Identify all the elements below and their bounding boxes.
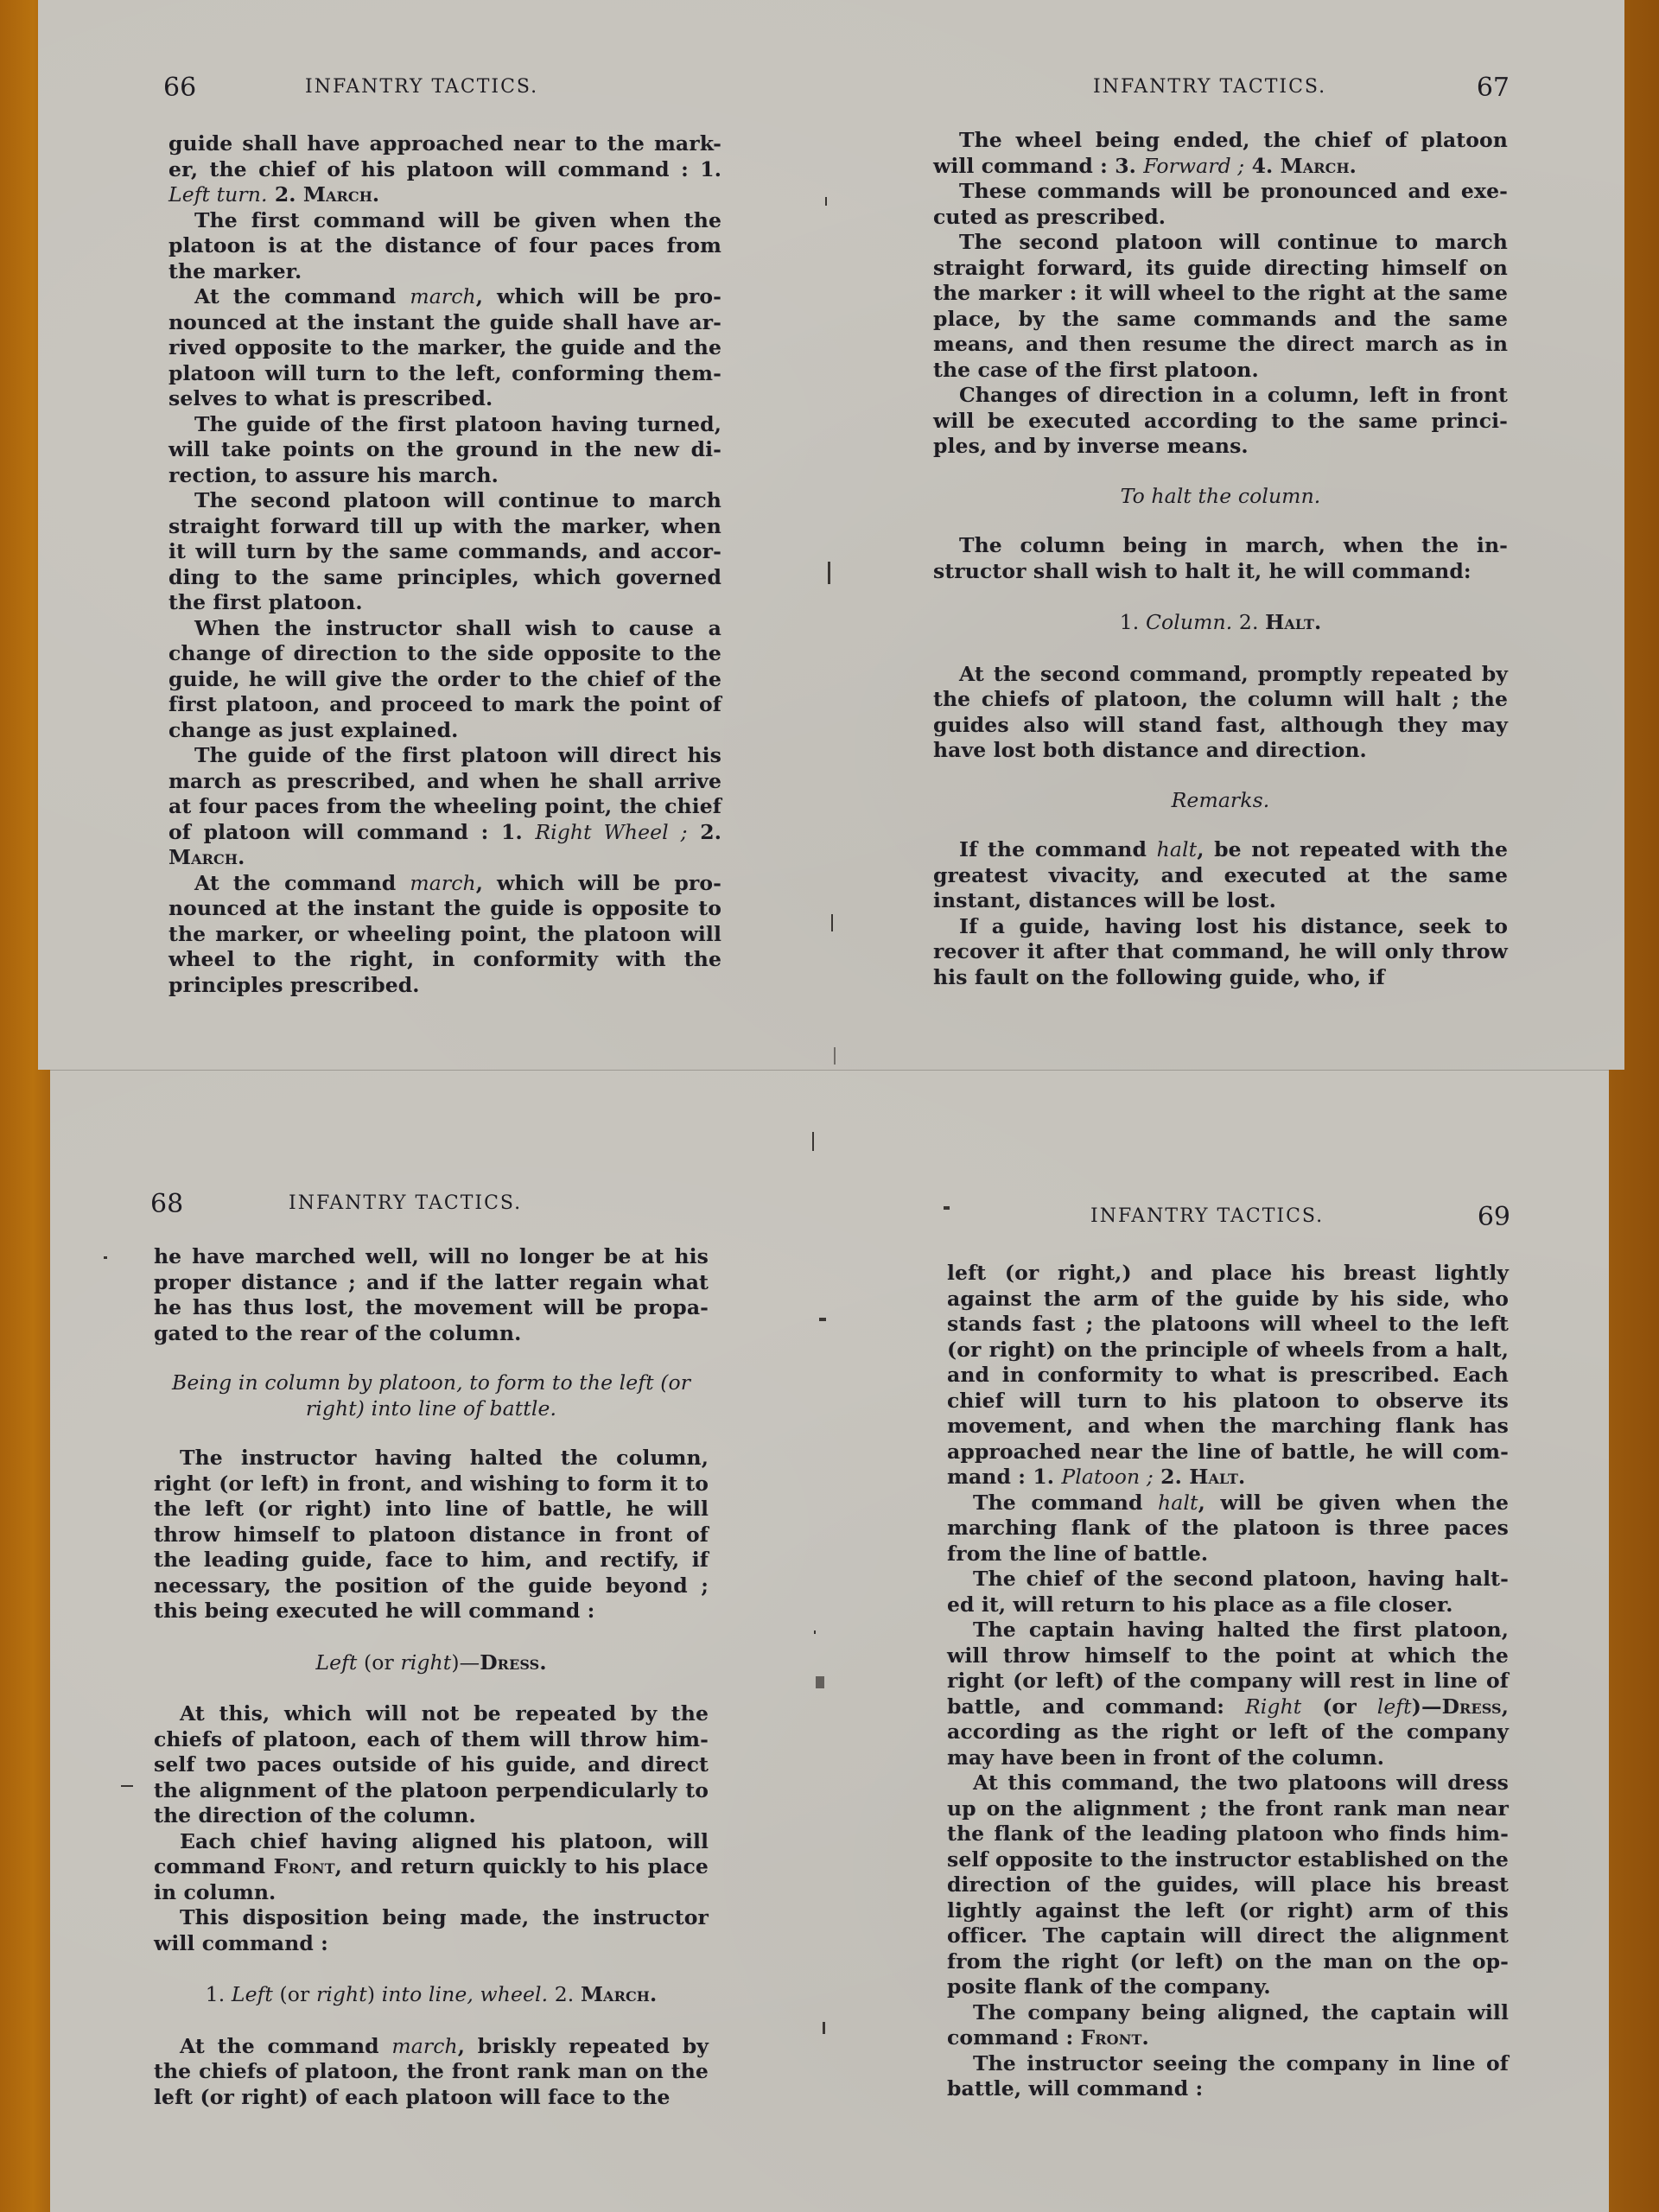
paragraph: This disposition being made, the instruc… xyxy=(154,1905,709,1956)
italic-text: Being in column by platoon, to form to t… xyxy=(172,1370,654,1395)
text-run: Changes of direction in a column, left i… xyxy=(933,383,1508,458)
paragraph: These commands will be pronounced and ex… xyxy=(933,179,1508,230)
paragraph: The company being aligned, the captain w… xyxy=(947,2000,1509,2051)
smallcaps-command: Dress. xyxy=(480,1650,546,1675)
page-body: The wheel being ended, the chief of plat… xyxy=(933,128,1508,990)
command-line: 1. Column. 2. Halt. xyxy=(933,610,1508,636)
italic-text: right xyxy=(316,1982,367,2006)
italic-text: march xyxy=(391,2034,457,2058)
italic-text: march xyxy=(410,284,475,308)
paragraph: The command halt, will be given when the… xyxy=(947,1491,1509,1567)
section-heading: Being in column by platoon, to form to t… xyxy=(154,1370,709,1421)
command-line: Left (or right)—Dress. xyxy=(154,1650,709,1676)
text-run: 4. xyxy=(1244,154,1280,178)
paragraph: The guide of the first platoon having tu… xyxy=(168,412,721,489)
paragraph: The wheel being ended, the chief of plat… xyxy=(933,128,1508,179)
page-body: left (or right,) and place his breast li… xyxy=(947,1261,1509,2102)
text-run: )— xyxy=(451,1650,480,1675)
paragraph: Each chief having aligned his platoon, w… xyxy=(154,1829,709,1906)
text-run: At this, which will not be repeated by t… xyxy=(154,1701,709,1827)
italic-text: Left turn. xyxy=(168,182,268,207)
running-head: INFANTRY TACTICS. 67 xyxy=(933,76,1508,111)
text-run: When the instructor shall wish to cause … xyxy=(168,616,721,742)
text-run: 2. xyxy=(268,182,303,207)
gutter-mark xyxy=(831,914,833,931)
text-run: ) xyxy=(357,1396,372,1421)
italic-text: Column. xyxy=(1146,610,1232,634)
text-run: The first command will be given when the… xyxy=(168,208,721,283)
italic-text: Left xyxy=(232,1982,273,2006)
paragraph: At this, which will not be repeated by t… xyxy=(154,1701,709,1829)
paragraph: The instructor having halted the column,… xyxy=(154,1446,709,1624)
text-run: left (or right,) and place his breast li… xyxy=(947,1261,1509,1489)
paragraph: guide shall have approached near to the … xyxy=(168,131,721,208)
page-number: 69 xyxy=(1478,1202,1510,1232)
paragraph: The captain having halted the first plat… xyxy=(947,1618,1509,1770)
italic-text: Remarks. xyxy=(1172,788,1270,812)
text-run: (or xyxy=(1301,1694,1376,1719)
italic-text: left xyxy=(1377,1694,1412,1719)
gutter-mark xyxy=(834,1047,836,1065)
text-run: (or xyxy=(273,1982,316,2006)
text-run: 2. xyxy=(1232,610,1265,634)
gutter-mark xyxy=(814,1630,816,1634)
text-run: At the command xyxy=(194,871,410,895)
italic-text: into line, wheel. xyxy=(382,1982,548,2006)
smallcaps-command: Halt. xyxy=(1189,1465,1245,1489)
running-title: INFANTRY TACTICS. xyxy=(1090,1205,1324,1227)
italic-text: march xyxy=(410,871,475,895)
gutter-mark xyxy=(823,2022,825,2034)
running-head: 68 INFANTRY TACTICS. xyxy=(154,1192,709,1227)
paragraph: The second platoon will continue to marc… xyxy=(168,488,721,616)
paragraph: he have marched well, will no longer be … xyxy=(154,1244,709,1346)
margin-mark xyxy=(121,1785,133,1787)
page-body: guide shall have approached near to the … xyxy=(168,131,721,998)
running-title: INFANTRY TACTICS. xyxy=(289,1192,522,1214)
paragraph: If the command halt, be not repeated wit… xyxy=(933,837,1508,914)
text-run: The guide of the first platoon having tu… xyxy=(168,412,721,487)
text-run: At the command xyxy=(194,284,410,308)
running-title: INFANTRY TACTICS. xyxy=(1093,76,1326,98)
text-run: 2. xyxy=(688,820,721,844)
paragraph: At the command march, which will be pro-… xyxy=(168,284,721,412)
smallcaps-command: March. xyxy=(1281,154,1357,178)
text-run: The column being in march, when the in-s… xyxy=(933,533,1508,583)
margin-mark xyxy=(104,1256,107,1259)
text-run: If a guide, having lost his distance, se… xyxy=(933,914,1508,989)
text-run: 1. xyxy=(206,1982,232,2006)
section-heading: To halt the column. xyxy=(933,484,1508,510)
smallcaps-command: Halt. xyxy=(1265,610,1321,634)
paragraph: The chief of the second platoon, having … xyxy=(947,1567,1509,1618)
text-run: At this command, the two platoons will d… xyxy=(947,1770,1509,1999)
italic-text: right xyxy=(400,1650,451,1675)
smallcaps-command: Dress xyxy=(1442,1694,1502,1719)
text-run: he have marched well, will no longer be … xyxy=(154,1244,709,1345)
text-run: The instructor having halted the column,… xyxy=(154,1446,709,1623)
text-run: This disposition being made, the instruc… xyxy=(154,1905,709,1955)
text-run: 2. xyxy=(1154,1465,1189,1489)
paragraph: When the instructor shall wish to cause … xyxy=(168,616,721,744)
gutter-mark xyxy=(828,562,830,584)
text-run: The second platoon will continue to marc… xyxy=(168,488,721,614)
paragraph: At the command march, which will be pro-… xyxy=(168,871,721,999)
paragraph: left (or right,) and place his breast li… xyxy=(947,1261,1509,1491)
paragraph: The guide of the first platoon will dire… xyxy=(168,743,721,871)
italic-text: Forward ; xyxy=(1143,154,1244,178)
paragraph: At this command, the two platoons will d… xyxy=(947,1770,1509,2000)
gutter-mark xyxy=(819,1318,826,1321)
section-heading: Remarks. xyxy=(933,788,1508,814)
smallcaps-command: Front. xyxy=(1081,2025,1149,2050)
gutter-mark xyxy=(825,197,827,206)
text-run: If the command xyxy=(959,837,1157,861)
text-run: )— xyxy=(1412,1694,1442,1719)
text-run: 2. xyxy=(548,1982,581,2006)
italic-text: Left xyxy=(315,1650,357,1675)
text-run: (or xyxy=(357,1650,400,1675)
paragraph: The instructor seeing the company in lin… xyxy=(947,2051,1509,2102)
page-number: 68 xyxy=(150,1189,183,1219)
text-run: The chief of the second platoon, having … xyxy=(947,1567,1509,1617)
smallcaps-command: Front xyxy=(274,1854,335,1878)
smallcaps-command: March. xyxy=(581,1982,657,2006)
italic-text: halt xyxy=(1158,1491,1198,1515)
italic-text: into line of battle. xyxy=(372,1396,556,1421)
gutter-mark xyxy=(812,1132,814,1151)
text-run: The company being aligned, the captain w… xyxy=(947,2000,1509,2050)
paragraph: At the command march, briskly repeated b… xyxy=(154,2034,709,2111)
text-run: 1. xyxy=(1120,610,1146,634)
paragraph: The column being in march, when the in-s… xyxy=(933,533,1508,584)
italic-text: Platoon ; xyxy=(1061,1465,1154,1489)
paragraph: At the second command, promptly repeated… xyxy=(933,662,1508,764)
page-body: he have marched well, will no longer be … xyxy=(154,1244,709,2110)
text-run: (or xyxy=(654,1370,690,1395)
running-title: INFANTRY TACTICS. xyxy=(305,76,538,98)
italic-text: halt xyxy=(1157,837,1198,861)
text-run: The second platoon will continue to marc… xyxy=(933,230,1508,382)
page-number: 67 xyxy=(1477,73,1510,103)
paragraph: The first command will be given when the… xyxy=(168,208,721,285)
running-head: 66 INFANTRY TACTICS. xyxy=(168,76,721,111)
text-run: guide shall have approached near to the … xyxy=(168,131,721,181)
italic-text: Right xyxy=(1245,1694,1301,1719)
smallcaps-command: March. xyxy=(168,845,245,869)
text-run: At the command xyxy=(180,2034,391,2058)
running-head: INFANTRY TACTICS. 69 xyxy=(947,1205,1509,1240)
paragraph: If a guide, having lost his distance, se… xyxy=(933,914,1508,991)
gutter-mark xyxy=(816,1676,824,1688)
text-run: The instructor seeing the company in lin… xyxy=(947,2051,1509,2101)
page-number: 66 xyxy=(163,73,196,103)
text-run: ) xyxy=(367,1982,382,2006)
paragraph: Changes of direction in a column, left i… xyxy=(933,383,1508,460)
text-run: These commands will be pronounced and ex… xyxy=(933,179,1508,229)
text-run: At the second command, promptly repeated… xyxy=(933,662,1508,763)
smallcaps-command: March. xyxy=(303,182,379,207)
command-line: 1. Left (or right) into line, wheel. 2. … xyxy=(154,1982,709,2008)
italic-text: right xyxy=(306,1396,357,1421)
italic-text: To halt the column. xyxy=(1121,484,1321,508)
italic-text: Right Wheel ; xyxy=(535,820,687,844)
paragraph: The second platoon will continue to marc… xyxy=(933,230,1508,383)
text-run: The command xyxy=(973,1491,1158,1515)
